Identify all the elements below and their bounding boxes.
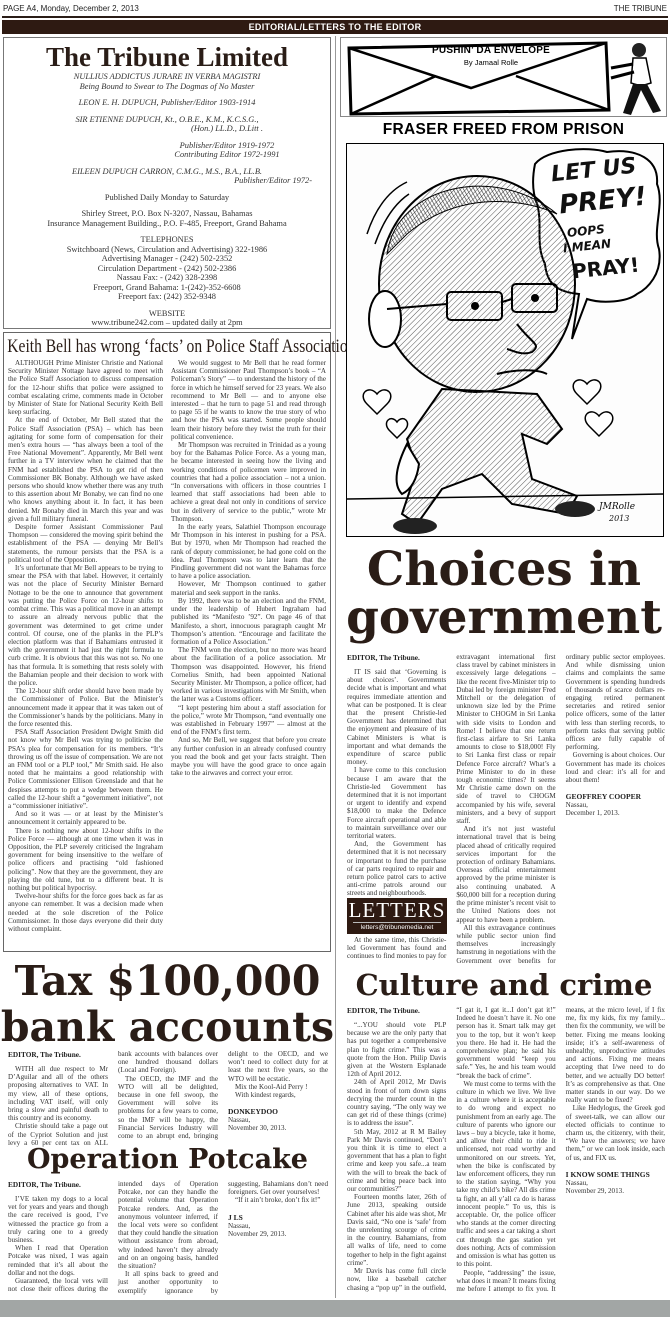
paragraph: “I kept pestering him about a staff asso… bbox=[171, 704, 326, 737]
paragraph: In the early years, Salathiel Thompson e… bbox=[171, 523, 326, 580]
published-line: Published Daily Monday to Saturday bbox=[4, 193, 330, 203]
cartoon-banner-title: PUSHIN’ DA ENVELOPE bbox=[416, 45, 566, 56]
paragraph: It’s unfortunate that Mr Bell appears to… bbox=[8, 564, 163, 687]
paragraph: “If it ain’t broke, don’t fix it!” bbox=[228, 1196, 328, 1204]
paragraph: By 1992, there was to be an election and… bbox=[171, 597, 326, 646]
eileen-role: Publisher/Editor 1972- bbox=[4, 176, 330, 186]
phone-line: Nassau Fax: - (242) 328-2398 bbox=[4, 273, 330, 283]
sir-etienne-line: SIR ETIENNE DUPUCH, Kt., O.B.E., K.M., K… bbox=[4, 115, 330, 125]
paragraph: PSA Staff Association President Dwight S… bbox=[8, 728, 163, 810]
paragraph: “...YOU should vote PLP because we are t… bbox=[347, 1021, 446, 1078]
editor-label: EDITOR, The Tribune. bbox=[347, 1006, 446, 1015]
paragraph: With kindest regards, bbox=[228, 1091, 328, 1099]
paper-name: THE TRIBUNE bbox=[614, 4, 667, 13]
paragraph: Twelve-hour shifts for the force goes ba… bbox=[8, 892, 163, 933]
paragraph: 5th May, 2012 at R M Bailey Park Mr Davi… bbox=[347, 1128, 446, 1194]
tax-letter-body: EDITOR, The Tribune. WITH all due respec… bbox=[8, 1050, 328, 1148]
editor-label: EDITOR, The Tribune. bbox=[347, 653, 446, 662]
choices-headline-line1: Choices in bbox=[338, 546, 670, 594]
signature-date: November 30, 2013. bbox=[228, 1124, 328, 1132]
paragraph: Mr Thompson was recruited in Trinidad as… bbox=[171, 441, 326, 523]
motto-english: Being Bound to Swear to The Dogmas of No… bbox=[4, 82, 330, 92]
signature-date: November 29, 2013. bbox=[228, 1230, 328, 1238]
signature-name: J LS bbox=[228, 1213, 328, 1222]
website-link[interactable]: www.tribune242.com – updated daily at 2p… bbox=[4, 318, 330, 328]
signature-place: Nassau, bbox=[566, 801, 665, 809]
cartoon-banner: PUSHIN’ DA ENVELOPE By Jamaal Rolle bbox=[340, 37, 667, 117]
editorial-article: Keith Bell has wrong ‘facts’ on Police S… bbox=[3, 332, 331, 952]
signature-place: Nassau, bbox=[228, 1222, 328, 1230]
paragraph: I have come to this conclusion because I… bbox=[347, 766, 446, 840]
cartoon-banner-author: By Jamaal Rolle bbox=[416, 58, 566, 67]
tax-headline-line1: Tax $100,000 bbox=[0, 958, 335, 1004]
phone-line: Freeport fax: (242) 352-9348 bbox=[4, 292, 330, 302]
paragraph: Fourteen months later, 26th of June 2013… bbox=[347, 1193, 446, 1267]
signature-name: DONKEYDOO bbox=[228, 1107, 328, 1116]
paragraph: And so it was — or at least by the Minis… bbox=[8, 810, 163, 826]
eileen-line: EILEEN DUPUCH CARRON, C.M.G., M.S., B.A.… bbox=[4, 167, 330, 177]
paragraph: The 12-hour shift order should have been… bbox=[8, 687, 163, 728]
signature-name: I KNOW SOME THINGS bbox=[566, 1170, 665, 1179]
paragraph: 24th of April 2012, Mr Davis stood in fr… bbox=[347, 1078, 446, 1127]
cartoonist-signature: JMRolle bbox=[599, 502, 635, 512]
editorial-headline: Keith Bell has wrong ‘facts’ on Police S… bbox=[4, 333, 332, 358]
paragraph: Mix the Kool-Aid Perry ! bbox=[228, 1083, 328, 1091]
paragraph: Governing is about choices. Our Governme… bbox=[566, 751, 665, 784]
culture-headline: Culture and crime bbox=[338, 968, 670, 1002]
paragraph: Like Hedylogus, the Greek god of sweet-t… bbox=[566, 1104, 665, 1161]
footer-band bbox=[0, 1300, 670, 1317]
choices-letter-body: EDITOR, The Tribune. IT IS said that ‘Go… bbox=[347, 653, 665, 965]
paragraph: However, Mr Thompson continued to gather… bbox=[171, 580, 326, 596]
editor-label: EDITOR, The Tribune. bbox=[8, 1180, 108, 1189]
letters-email-link[interactable]: letters@tribunemedia.net bbox=[353, 922, 441, 932]
paragraph: The FNM won the election, but no more wa… bbox=[171, 646, 326, 703]
cartoon-caption: FRASER FREED FROM PRISON bbox=[340, 121, 667, 139]
page-info: PAGE A4, Monday, December 2, 2013 bbox=[3, 4, 139, 13]
address-nassau: Shirley Street, P.O. Box N-3207, Nassau,… bbox=[4, 209, 330, 219]
political-cartoon: LET US PREY! OOPS I MEAN PRAY! JMRolle 2… bbox=[346, 143, 664, 537]
potcake-headline: Operation Potcake bbox=[0, 1145, 335, 1175]
phone-line: Switchboard (News, Circulation and Adver… bbox=[4, 245, 330, 255]
paragraph: When I read that Operation Potcake was n… bbox=[8, 1244, 108, 1277]
paragraph: At the end of October, Mr Bell stated th… bbox=[8, 416, 163, 523]
signature-name: GEOFFREY COOPER bbox=[566, 792, 665, 801]
potcake-letter-body: EDITOR, The Tribune. I’VE taken my dogs … bbox=[8, 1180, 328, 1298]
website-heading: WEBSITE bbox=[4, 309, 330, 319]
phone-line: Advertising Manager - (242) 502-2352 bbox=[4, 254, 330, 264]
paragraph: And so, Mr Bell, we suggest that before … bbox=[171, 736, 326, 777]
cartoonist-signature-year: 2013 bbox=[609, 514, 629, 523]
motto-latin: NULLIUS ADDICTUS JURARE IN VERBA MAGISTR… bbox=[4, 72, 330, 82]
address-freeport: Insurance Management Building., P.O. F-4… bbox=[4, 219, 330, 229]
choices-headline: Choices in government bbox=[338, 546, 670, 642]
paragraph: Despite former Assistant Commissioner Pa… bbox=[8, 523, 163, 564]
section-bar: EDITORIAL/LETTERS TO THE EDITOR bbox=[2, 20, 668, 34]
telephones-heading: TELEPHONES bbox=[4, 235, 330, 245]
column-divider bbox=[335, 36, 336, 1298]
phone-line: Freeport, Grand Bahama: 1-(242)-352-6608 bbox=[4, 283, 330, 293]
founder-line: LEON E. H. DUPUCH, Publisher/Editor 1903… bbox=[4, 98, 330, 108]
paragraph: We must come to terms with the culture i… bbox=[456, 1080, 555, 1269]
signature-date: November 29, 2013. bbox=[566, 1187, 665, 1195]
editor-label: EDITOR, The Tribune. bbox=[8, 1050, 108, 1059]
masthead-box: The Tribune Limited NULLIUS ADDICTUS JUR… bbox=[3, 37, 331, 329]
sir-etienne-role1: Publisher/Editor 1919-1972 bbox=[4, 141, 330, 151]
sir-etienne-role2: Contributing Editor 1972-1991 bbox=[4, 150, 330, 160]
signature-place: Nassau, bbox=[228, 1116, 328, 1124]
tax-headline-line2: bank accounts bbox=[0, 1004, 335, 1050]
paragraph: There is nothing new about 12-hour shift… bbox=[8, 827, 163, 893]
paragraph: I’VE taken my dogs to a local vet for ye… bbox=[8, 1195, 108, 1244]
editorial-body: ALTHOUGH Prime Minister Christie and Nat… bbox=[8, 359, 326, 948]
masthead-title: The Tribune Limited bbox=[4, 42, 330, 72]
header-rule bbox=[2, 16, 668, 18]
signature-place: Nassau, bbox=[566, 1179, 665, 1187]
culture-letter-body: EDITOR, The Tribune. “...YOU should vote… bbox=[347, 1006, 665, 1298]
letters-logo: LETTERS letters@tribunemedia.net bbox=[347, 898, 447, 934]
paragraph: And, the Government has determined that … bbox=[347, 840, 446, 897]
tax-headline: Tax $100,000 bank accounts bbox=[0, 958, 335, 1050]
paragraph: ALTHOUGH Prime Minister Christie and Nat… bbox=[8, 359, 163, 416]
paragraph: And it’s not just wasteful international… bbox=[456, 825, 555, 923]
choices-headline-line2: government bbox=[338, 594, 670, 642]
paragraph: We would suggest to Mr Bell that he read… bbox=[171, 359, 326, 441]
paragraph: WITH all due respect to Mr D’Aguilar and… bbox=[8, 1065, 108, 1122]
phone-line: Circulation Department - (242) 502-2386 bbox=[4, 264, 330, 274]
paragraph: IT IS said that ‘Governing is about choi… bbox=[347, 668, 446, 766]
letters-logo-title: LETTERS bbox=[347, 898, 447, 922]
sir-etienne-degrees: (Hon.) LL.D., D.Litt . bbox=[4, 124, 330, 134]
signature-date: December 1, 2013. bbox=[566, 809, 665, 817]
